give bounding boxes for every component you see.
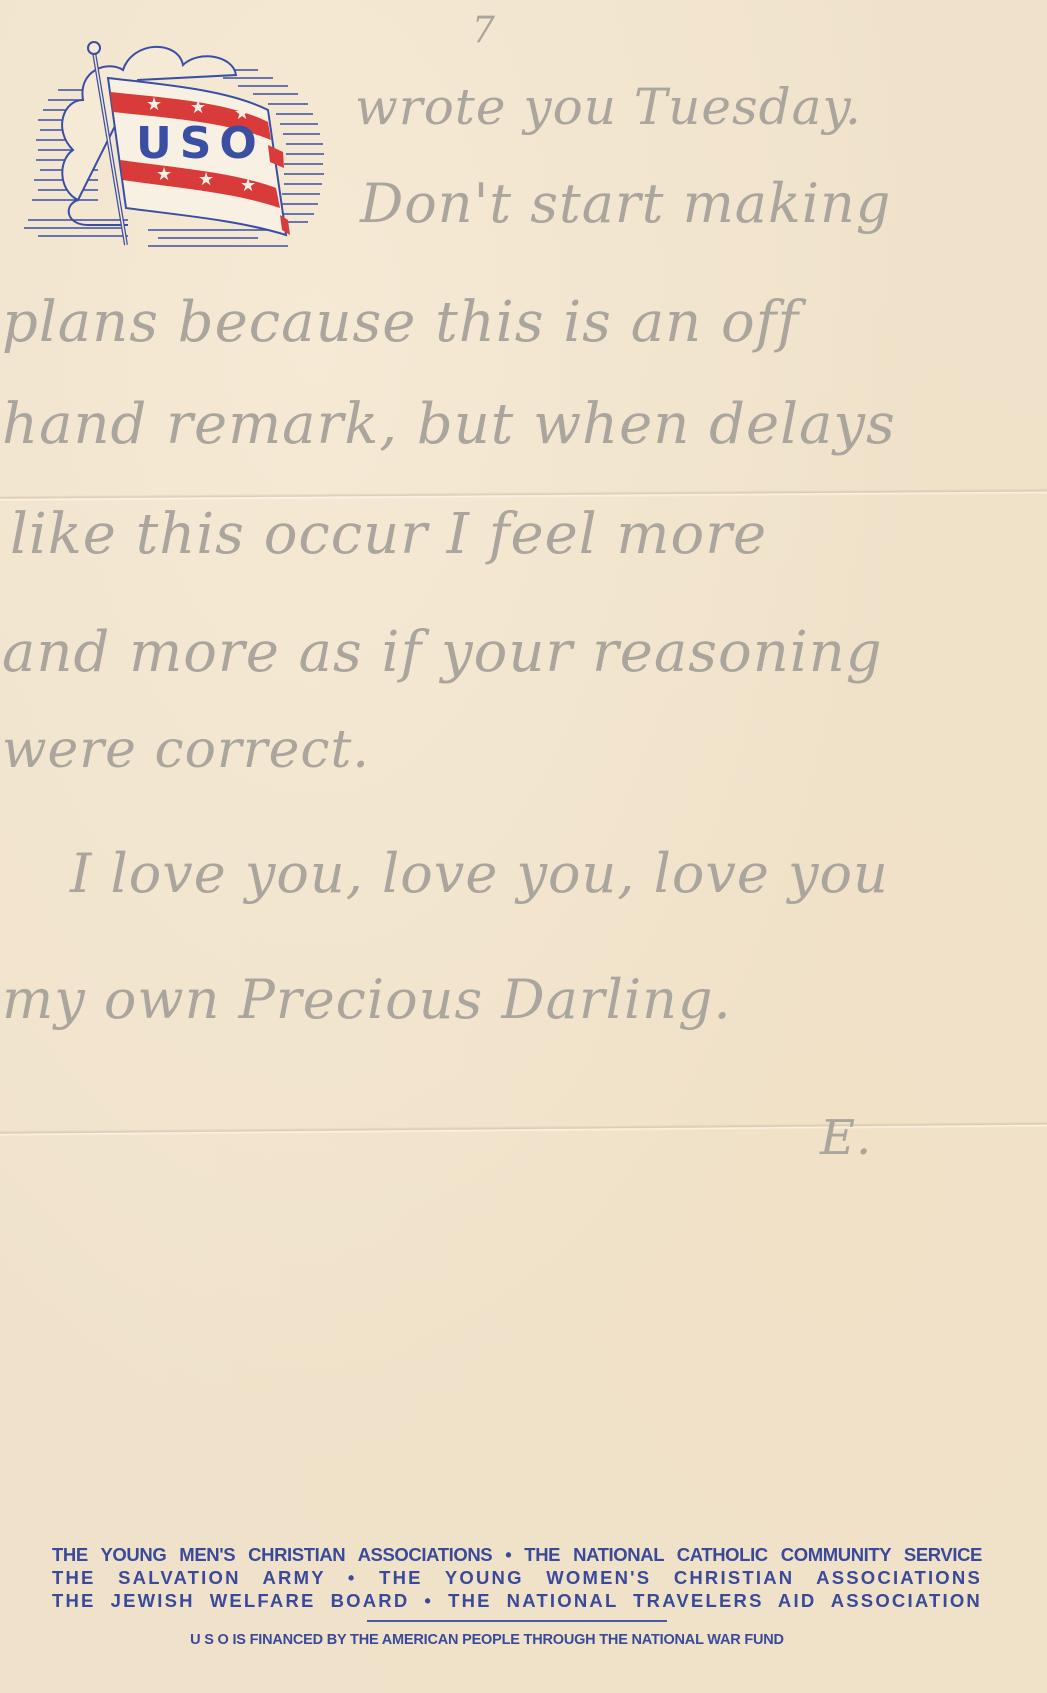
- footer-organizations-line: THE SALVATION ARMY • THE YOUNG WOMEN'S C…: [52, 1566, 982, 1589]
- page-number: 7: [472, 10, 495, 51]
- svg-text:★: ★: [198, 169, 214, 190]
- handwritten-line: hand remark, but when delays: [2, 392, 896, 457]
- paper-fold-crease: [0, 488, 1047, 501]
- footer-divider: [367, 1620, 667, 1622]
- paper-fold-crease: [0, 1121, 1047, 1136]
- svg-text:★: ★: [190, 97, 206, 118]
- handwritten-line: were correct.: [2, 720, 370, 780]
- handwritten-line: and more as if your reasoning: [2, 620, 883, 685]
- uso-flag-logo-icon: ★★★ ★★★ USO: [18, 30, 348, 270]
- letterhead-footer: THE YOUNG MEN'S CHRISTIAN ASSOCIATIONS •…: [52, 1543, 982, 1648]
- svg-text:★: ★: [146, 94, 162, 115]
- letter-page: ★★★ ★★★ USO 7 wrote you Tuesday. Don't s…: [0, 0, 1047, 1693]
- handwritten-line: wrote you Tuesday.: [355, 78, 862, 136]
- signature: E.: [820, 1110, 872, 1166]
- handwritten-line: Don't start making: [360, 172, 891, 235]
- svg-text:USO: USO: [136, 118, 265, 169]
- handwritten-line: my own Precious Darling.: [2, 968, 732, 1031]
- svg-text:★: ★: [240, 175, 256, 196]
- handwritten-line: like this occur I feel more: [10, 502, 767, 567]
- footer-funding-note: U S O IS FINANCED BY THE AMERICAN PEOPLE…: [52, 1632, 922, 1648]
- handwritten-line: plans because this is an off: [2, 290, 799, 355]
- footer-organizations-line: THE JEWISH WELFARE BOARD • THE NATIONAL …: [52, 1589, 982, 1612]
- handwritten-line: I love you, love you, love you: [70, 842, 889, 905]
- footer-organizations-line: THE YOUNG MEN'S CHRISTIAN ASSOCIATIONS •…: [52, 1543, 982, 1566]
